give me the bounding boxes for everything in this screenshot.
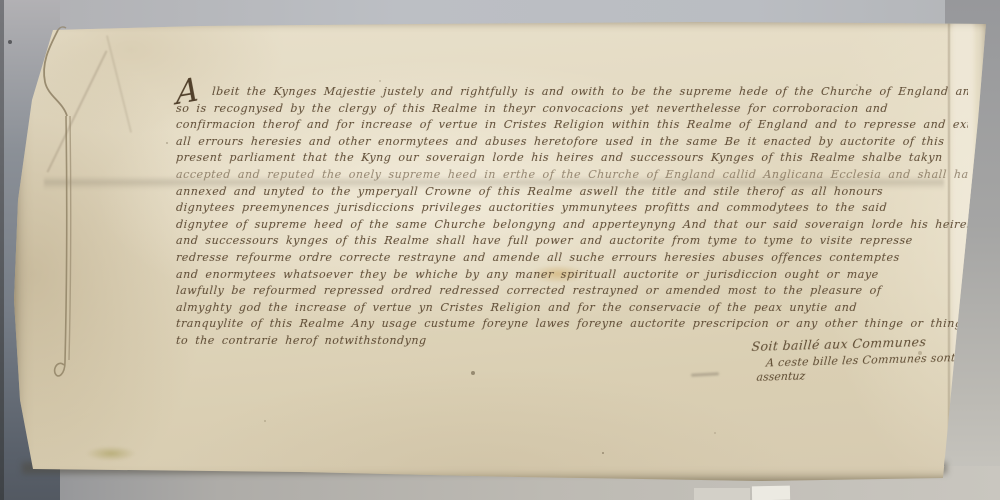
manuscript-line: dignytee of supreme heed of the same Chu…: [176, 217, 968, 234]
endorsement-block: Soit baillé aux Communes A ceste bille l…: [751, 333, 956, 384]
manuscript-line: redresse refourme ordre correcte restray…: [176, 250, 968, 267]
backdrop-speck: [8, 40, 12, 44]
manuscript-line: lbeit the Kynges Majestie justely and ri…: [176, 84, 968, 101]
frame-left-edge: [0, 0, 4, 500]
manuscript-line: present parliament that the Kyng our sov…: [176, 150, 968, 167]
edge-discoloration: [86, 446, 136, 461]
manuscript-line: tranquylite of this Realme Any usage cus…: [176, 316, 968, 333]
manuscript-photograph: A lbeit the Kynges Majestie justely and …: [0, 0, 1000, 500]
under-tab-white: [752, 486, 790, 500]
manuscript-line: so is recognysed by the clergy of this R…: [176, 101, 968, 118]
manuscript-line: and enormytees whatsoever they be whiche…: [176, 267, 968, 284]
manuscript-line: annexed and unyted to the ymperyall Crow…: [176, 184, 968, 201]
manuscript-line: almyghty god the increase of vertue yn C…: [176, 300, 968, 317]
parchment-sheet: A lbeit the Kynges Majestie justely and …: [14, 22, 986, 481]
manuscript-line: and successours kynges of this Realme sh…: [176, 233, 968, 250]
manuscript-line-faded: accepted and reputed the onely supreme h…: [176, 167, 968, 184]
manuscript-line: dignytees preemynences jurisdiccions pri…: [176, 200, 968, 217]
under-tab: [694, 488, 750, 500]
manuscript-text-block: lbeit the Kynges Majestie justely and ri…: [176, 84, 968, 352]
manuscript-line: all errours heresies and other enormytee…: [176, 134, 968, 151]
parchment-lace-thread: [30, 24, 90, 396]
manuscript-line: confirmacion therof and for increase of …: [176, 117, 968, 134]
manuscript-line: lawfully be refourmed repressed ordred r…: [176, 283, 968, 300]
